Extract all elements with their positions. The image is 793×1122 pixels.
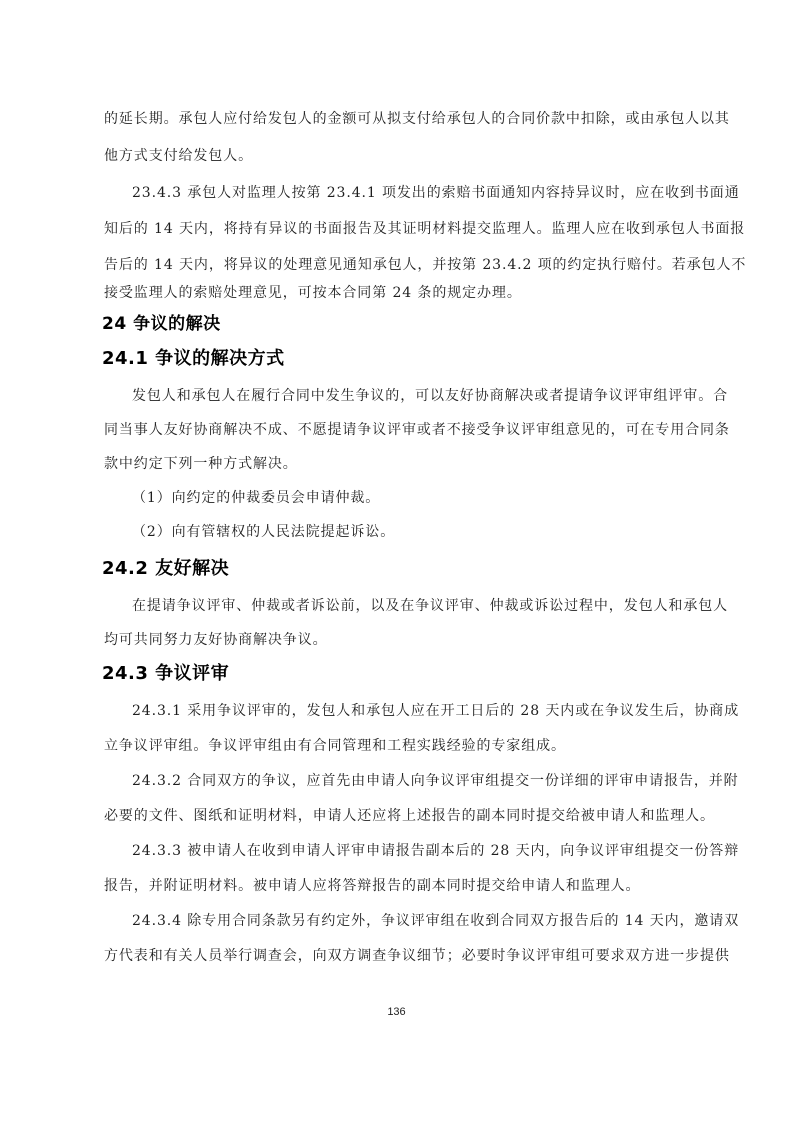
- paragraph-line: 的延长期。承包人应付给发包人的金额可从拟支付给承包人的合同价款中扣除，或由承包人…: [104, 109, 730, 129]
- document-page: 的延长期。承包人应付给发包人的金额可从拟支付给承包人的合同价款中扣除，或由承包人…: [0, 0, 793, 1122]
- paragraph-line: 立争议评审组。争议评审组由有合同管理和工程实践经验的专家组成。: [104, 736, 566, 756]
- clause-23-4-3-line: 23.4.3 承包人对监理人按第 23.4.1 项发出的索赔书面通知内容持异议时…: [132, 183, 740, 203]
- section-heading-24-1: 24.1 争议的解决方式: [102, 347, 285, 371]
- clause-24-3-4-line: 24.3.4 除专用合同条款另有约定外，争议评审组在收到合同双方报告后的 14 …: [132, 911, 739, 931]
- page-number: 136: [0, 1006, 793, 1018]
- clause-24-3-1-line: 24.3.1 采用争议评审的，发包人和承包人应在开工日后的 28 天内或在争议发…: [132, 701, 739, 721]
- paragraph-line: 接受监理人的索赔处理意见，可按本合同第 24 条的规定办理。: [104, 283, 522, 303]
- paragraph-line: 同当事人友好协商解决不成、不愿提请争议评审或者不接受争议评审组意见的，可在专用合…: [104, 420, 730, 440]
- clause-24-3-2-line: 24.3.2 合同双方的争议，应首先由申请人向争议评审组提交一份详细的评审申请报…: [132, 771, 739, 791]
- section-heading-24-2: 24.2 友好解决: [102, 557, 229, 581]
- section-heading-24: 24 争议的解决: [102, 313, 221, 335]
- paragraph-line: 款中约定下列一种方式解决。: [104, 454, 298, 474]
- paragraph-line: 必要的文件、图纸和证明材料，申请人还应将上述报告的副本同时提交给被申请人和监理人…: [104, 806, 715, 826]
- paragraph-line: 在提请争议评审、仲裁或者诉讼前，以及在争议评审、仲裁或诉讼过程中，发包人和承包人: [132, 596, 728, 616]
- list-item: （1）向约定的仲裁委员会申请仲裁。: [132, 488, 380, 508]
- clause-24-3-3-line: 24.3.3 被申请人在收到申请人评审申请报告副本后的 28 天内，向争议评审组…: [132, 841, 739, 861]
- section-heading-24-3: 24.3 争议评审: [102, 662, 229, 686]
- paragraph-line: 均可共同努力友好协商解决争议。: [104, 630, 328, 650]
- list-item: （2）向有管辖权的人民法院提起诉讼。: [132, 522, 395, 542]
- paragraph-line: 他方式支付给发包人。: [104, 146, 253, 166]
- paragraph-line: 方代表和有关人员举行调查会，向双方调查争议细节；必要时争议评审组可要求双方进一步…: [104, 946, 730, 966]
- paragraph-line: 报告，并附证明材料。被申请人应将答辩报告的副本同时提交给申请人和监理人。: [104, 876, 640, 896]
- paragraph-line: 告后的 14 天内，将异议的处理意见通知承包人，并按第 23.4.2 项的约定执…: [104, 255, 746, 275]
- paragraph-line: 知后的 14 天内，将持有异议的书面报告及其证明材料提交监理人。监理人应在收到承…: [104, 219, 745, 239]
- paragraph-line: 发包人和承包人在履行合同中发生争议的，可以友好协商解决或者提请争议评审组评审。合: [132, 386, 728, 406]
